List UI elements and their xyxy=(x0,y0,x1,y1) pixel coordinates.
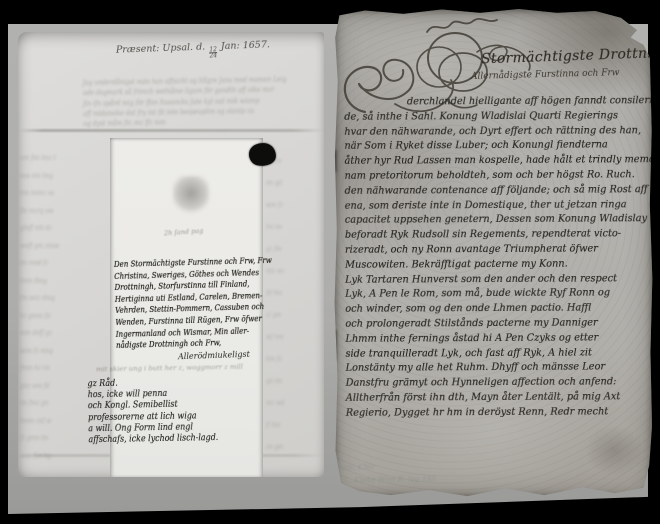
handwriting-line: de, så inthe i Sahl. Konung Wladislai Qu… xyxy=(344,108,633,124)
handwriting-line: im mnd fz xyxy=(20,255,90,273)
handwriting-line: zn gm xyxy=(266,436,312,458)
scan-canvas: Præsent: Upsal. d. 12 24 Jan: 1657. Jag … xyxy=(0,0,660,524)
handwriting-line: wf mn xyxy=(266,326,312,348)
fold-crease xyxy=(18,129,324,132)
handwriting-line: Lyk, A Pen le Rom, som må, bude wickte R… xyxy=(345,286,634,302)
endorsement-prefix: Præsent: Upsal. d. xyxy=(116,42,206,56)
handwriting-line: mm dnff gz xyxy=(20,325,90,343)
handwriting-line: hvar den nähwarande, och Dyrt effert och… xyxy=(344,123,633,139)
handwriting-line: derchlandel hielligante aff högen fanndt… xyxy=(344,93,633,109)
endorsement-note: Præsent: Upsal. d. 12 24 Jan: 1657. xyxy=(116,39,271,61)
handwriting-line: fd hm xyxy=(266,282,312,304)
handwriting-line: mw ein lmg xyxy=(20,168,90,186)
handwriting-line: Lonstänty my alle het Ruhm. Dhyff och mä… xyxy=(346,360,635,376)
handwriting-line: gnz wm fd xyxy=(20,378,90,396)
address-block: Den Stormächtigste Furstinne och Frw, Fr… xyxy=(114,256,266,353)
handwriting-line: mn wz xyxy=(266,260,312,282)
handwriting-line: mz wd xyxy=(266,392,312,414)
handwriting-line: när Som i Ryket disse Luber; och Konungl… xyxy=(344,138,633,154)
handwriting-line: Danstfru grämyt och Hynneligen affection… xyxy=(346,374,635,390)
handwriting-line: fmm hz im xyxy=(20,360,90,378)
handwriting-line: og dyst måm fir, mz ffz mm xyxy=(83,116,261,129)
bleedthrough-paragraph: Jag underdånigst män han affsicht og til… xyxy=(83,74,306,129)
archivist-pencil-note: nini, Chirf L. Kleke Wnn R. lyg 185 xyxy=(339,459,436,487)
handwriting-line: glnff mh dz xyxy=(20,220,90,238)
handwriting-line: capacitet uppsehen genetern, Dessen som … xyxy=(345,212,634,228)
handwriting-line: zi gm xyxy=(266,304,312,326)
handwriting-line: fm wnz dmg xyxy=(20,290,90,308)
handwriting-line: fz gmn im xyxy=(20,430,90,448)
handwriting-line: hm immz sa xyxy=(20,185,90,203)
handwriting-line: um fim hnz t xyxy=(20,150,90,168)
handwriting-line: hmm znf w xyxy=(20,413,90,431)
handwriting-line: im fmz gn xyxy=(20,395,90,413)
left-page: Præsent: Upsal. d. 12 24 Jan: 1657. Jag … xyxy=(18,32,324,477)
handwriting-line: gn im xyxy=(266,370,312,392)
handwriting-line: f L. Kleke Wnn R. lyg 185 xyxy=(339,472,436,487)
handwriting-line: wm fz xyxy=(266,194,312,216)
handwriting-line: och prolongeradt Stilstånds pacterne my … xyxy=(345,315,634,331)
bleedthrough-right-column: fm znim gdwm fzhn imgz fmmn wzfd hmzi gm… xyxy=(266,150,324,458)
handwriting-line: nam pretoritorum beholdteh, som och ber … xyxy=(345,167,634,183)
handwriting-line: och winder, som og den onde Lhmen pactio… xyxy=(345,300,634,316)
handwriting-line: beforadt Ryk Rudsoll sin Regements, repe… xyxy=(345,226,634,242)
endorsement-suffix: Jan: 1657. xyxy=(221,39,270,52)
handwriting-line: fi hm xyxy=(266,414,312,436)
handwriting-line: fin mzrg ow xyxy=(20,203,90,221)
right-page: Stormächtigste Drottningh Allernådigste … xyxy=(333,8,653,500)
handwriting-line: Lhmm inthe fernings åstad hi A Pen Czyks… xyxy=(345,330,634,346)
handwriting-line: wnff gm zmse xyxy=(20,238,90,256)
handwriting-line: Regierio, Dygget hr hm in deröyst Renn, … xyxy=(346,404,635,420)
handwriting-line: im gd xyxy=(266,172,312,194)
handwriting-line: hn im xyxy=(266,216,312,238)
handwriting-line: den nähwarande contenance aff följande; … xyxy=(345,182,634,198)
handwriting-line: åther hyr Rud Lassen man kospelle, hade … xyxy=(344,152,633,168)
handwriting-line: gz fm xyxy=(266,238,312,260)
handwriting-line: ena, som deriste inte in Domestique, the… xyxy=(345,197,634,213)
handwriting-line: Alltherfrån först ihn dth, Mayn åter Len… xyxy=(346,389,635,405)
lower-docket-block: gz Råd.hos, icke will pennaoch Kongl. Se… xyxy=(87,377,236,447)
handwriting-line: hm fz xyxy=(266,348,312,370)
handwriting-line: Muscowiten. Bekräfftigat pacterne my Kon… xyxy=(345,256,634,272)
handwriting-line: side tranquilleradt Lyk, och fast aff Ry… xyxy=(345,345,634,361)
handwriting-line: Lyk Tartaren Hunverst som den ander och … xyxy=(345,271,634,287)
seal-bleedthrough-blot xyxy=(173,176,209,214)
handwriting-line: lmm fimg xyxy=(20,273,90,291)
letter-body: derchlandel hielligante aff högen fanndt… xyxy=(344,93,650,420)
handwriting-line: rizeradt, och ny Ronn avantage Triumpher… xyxy=(345,241,634,257)
handwriting-line: wnz fim hg xyxy=(20,448,90,466)
handwriting-line: hz gmm fiz xyxy=(20,308,90,326)
endorsement-date-fraction: 12 24 xyxy=(209,47,217,58)
handwriting-line: wim fz mng xyxy=(20,343,90,361)
handwriting-line: affschafs, icke lychod lisch-lagd. xyxy=(88,433,218,446)
